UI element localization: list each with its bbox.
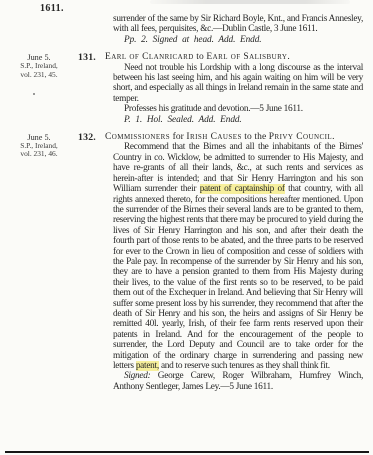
entry-number: 131. bbox=[78, 52, 96, 63]
paragraph: Need not trouble his Lordship with a lon… bbox=[113, 63, 363, 105]
page-content: surrender of the same by Sir Richard Boy… bbox=[113, 14, 363, 392]
paragraph: surrender of the same by Sir Richard Boy… bbox=[113, 14, 363, 35]
signed-line: Signed: George Carew, Roger Wilbraham, H… bbox=[113, 371, 363, 392]
endorsement-line: P. 1. Hol. Sealed. Add. Endd. bbox=[113, 115, 363, 125]
entry-heading: Earl of Clanricard to Earl of Salisbury. bbox=[105, 52, 363, 62]
margin-source-ref: vol. 231, 46. bbox=[6, 150, 72, 158]
margin-source-ref: vol. 231, 45. bbox=[6, 71, 72, 79]
scanned-page: 1611. surrender of the same by Sir Richa… bbox=[0, 0, 373, 455]
paragraph: Professes his gratitude and devotion.—5 … bbox=[113, 104, 363, 114]
ink-speck bbox=[33, 93, 35, 95]
endorsement-line: Pp. 2. Signed at head. Add. Endd. bbox=[113, 35, 363, 45]
margin-note: June 5. S.P., Ireland, vol. 231, 45. bbox=[6, 53, 72, 79]
page-edge-line bbox=[5, 451, 369, 453]
scan-artifact-smudge bbox=[150, 0, 350, 4]
entry-continuation: surrender of the same by Sir Richard Boy… bbox=[113, 14, 363, 45]
entry-number: 132. bbox=[78, 132, 96, 143]
entry-heading: Commissioners for Irish Causes to the Pr… bbox=[105, 132, 363, 142]
paragraph: Recommend that the Birnes and all the in… bbox=[113, 142, 363, 371]
margin-note: June 5. S.P., Ireland, vol. 231, 46. bbox=[6, 133, 72, 159]
entry-131: June 5. S.P., Ireland, vol. 231, 45. 131… bbox=[113, 52, 363, 125]
page-year-header: 1611. bbox=[40, 3, 64, 14]
entry-132: June 5. S.P., Ireland, vol. 231, 46. 132… bbox=[113, 132, 363, 392]
